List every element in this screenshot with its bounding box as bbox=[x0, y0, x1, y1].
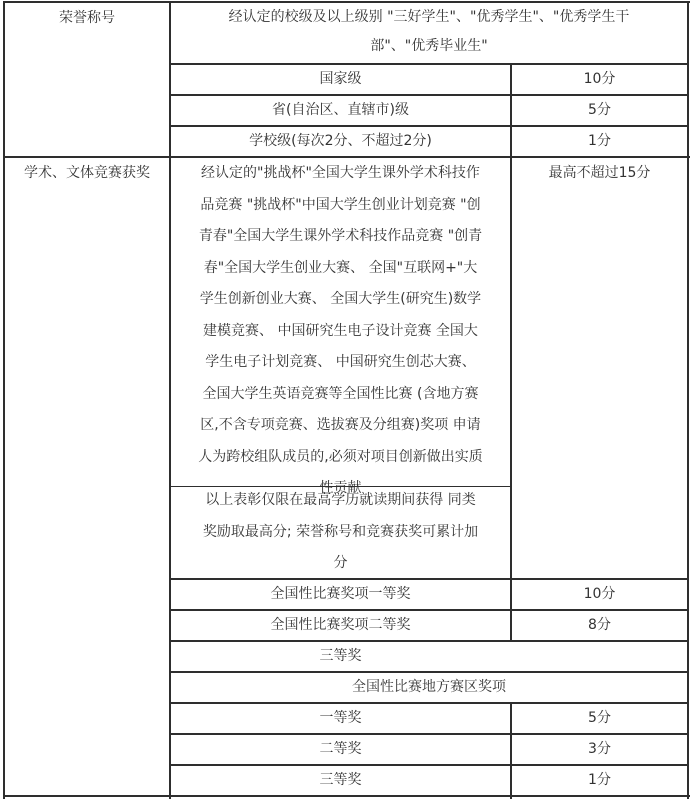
honor-score-school: 1分 bbox=[512, 127, 687, 156]
competition-max-score: 最高不超过15分 bbox=[512, 158, 687, 188]
national-second-level: 全国性比赛奖项二等奖 bbox=[171, 611, 510, 640]
honor-description-line: 部"、"优秀毕业生" bbox=[229, 32, 630, 61]
competition-note-line: 分 bbox=[203, 548, 478, 580]
competition-description: 经认定的"挑战杯"全国大学生课外学术科技作 品竞赛 "挑战杯"中国大学生创业计划… bbox=[171, 158, 510, 486]
border-left bbox=[3, 1, 5, 799]
competition-description-line: 品竞赛 "挑战杯"中国大学生创业计划竞赛 "创 bbox=[198, 190, 482, 222]
regional-third-score: 1分 bbox=[512, 766, 687, 795]
competition-category: 学术、文体竞赛获奖 bbox=[5, 158, 169, 188]
competition-description-line: 青春"全国大学生课外学术科技作品竞赛 "创青 bbox=[198, 221, 482, 253]
national-third-level: 三等奖 bbox=[171, 642, 510, 671]
competition-description-line: 学生创新创业大赛、 全国大学生(研究生)数学 bbox=[198, 284, 482, 316]
regional-third-level: 三等奖 bbox=[171, 766, 510, 795]
honor-description: 经认定的校级及以上级别 "三好学生"、"优秀学生"、"优秀学生干 部"、"优秀毕… bbox=[171, 3, 687, 63]
honor-score-provincial: 5分 bbox=[512, 96, 687, 125]
honor-level-provincial: 省(自治区、直辖市)级 bbox=[171, 96, 510, 125]
competition-note-line: 以上表彰仅限在最高学历就读期间获得 同类 bbox=[203, 485, 478, 517]
competition-category-label: 学术、文体竞赛获奖 bbox=[24, 158, 150, 189]
competition-description-line: 区,不含专项竞赛、选拔赛及分组赛)奖项 申请 bbox=[198, 410, 482, 442]
competition-description-line: 经认定的"挑战杯"全国大学生课外学术科技作 bbox=[198, 158, 482, 190]
national-third-score bbox=[512, 642, 687, 671]
competition-description-line: 全国大学生英语竞赛等全国性比赛 (含地方赛 bbox=[198, 379, 482, 411]
competition-description-line: 学生电子计划竞赛、 中国研究生创芯大赛、 bbox=[198, 347, 482, 379]
honor-category: 荣誉称号 bbox=[5, 3, 169, 33]
regional-second-score: 3分 bbox=[512, 735, 687, 764]
national-first-level: 全国性比赛奖项一等奖 bbox=[171, 580, 510, 609]
honor-level-national: 国家级 bbox=[171, 65, 510, 94]
competition-note-box: 以上表彰仅限在最高学历就读期间获得 同类 奖励取最高分; 荣誉称号和竞赛获奖可累… bbox=[170, 486, 511, 579]
regional-first-score: 5分 bbox=[512, 704, 687, 733]
regional-second-level: 二等奖 bbox=[171, 735, 510, 764]
border-right bbox=[687, 1, 689, 799]
honor-level-school: 学校级(每次2分、不超过2分) bbox=[171, 127, 510, 156]
honor-description-line: 经认定的校级及以上级别 "三好学生"、"优秀学生"、"优秀学生干 bbox=[229, 3, 630, 32]
regional-first-level: 一等奖 bbox=[171, 704, 510, 733]
competition-note-line: 奖励取最高分; 荣誉称号和竞赛获奖可累计加 bbox=[203, 517, 478, 549]
honor-score-national: 10分 bbox=[512, 65, 687, 94]
national-first-score: 10分 bbox=[512, 580, 687, 609]
competition-description-line: 建模竞赛、 中国研究生电子设计竞赛 全国大 bbox=[198, 316, 482, 348]
national-second-score: 8分 bbox=[512, 611, 687, 640]
regional-header: 全国性比赛地方赛区奖项 bbox=[171, 673, 687, 702]
honor-category-label: 荣誉称号 bbox=[59, 3, 115, 34]
competition-description-line: 人为跨校组队成员的,必须对项目创新做出实质 bbox=[198, 442, 482, 474]
competition-description-line: 春"全国大学生创业大赛、 全国"互联网+"大 bbox=[198, 253, 482, 285]
